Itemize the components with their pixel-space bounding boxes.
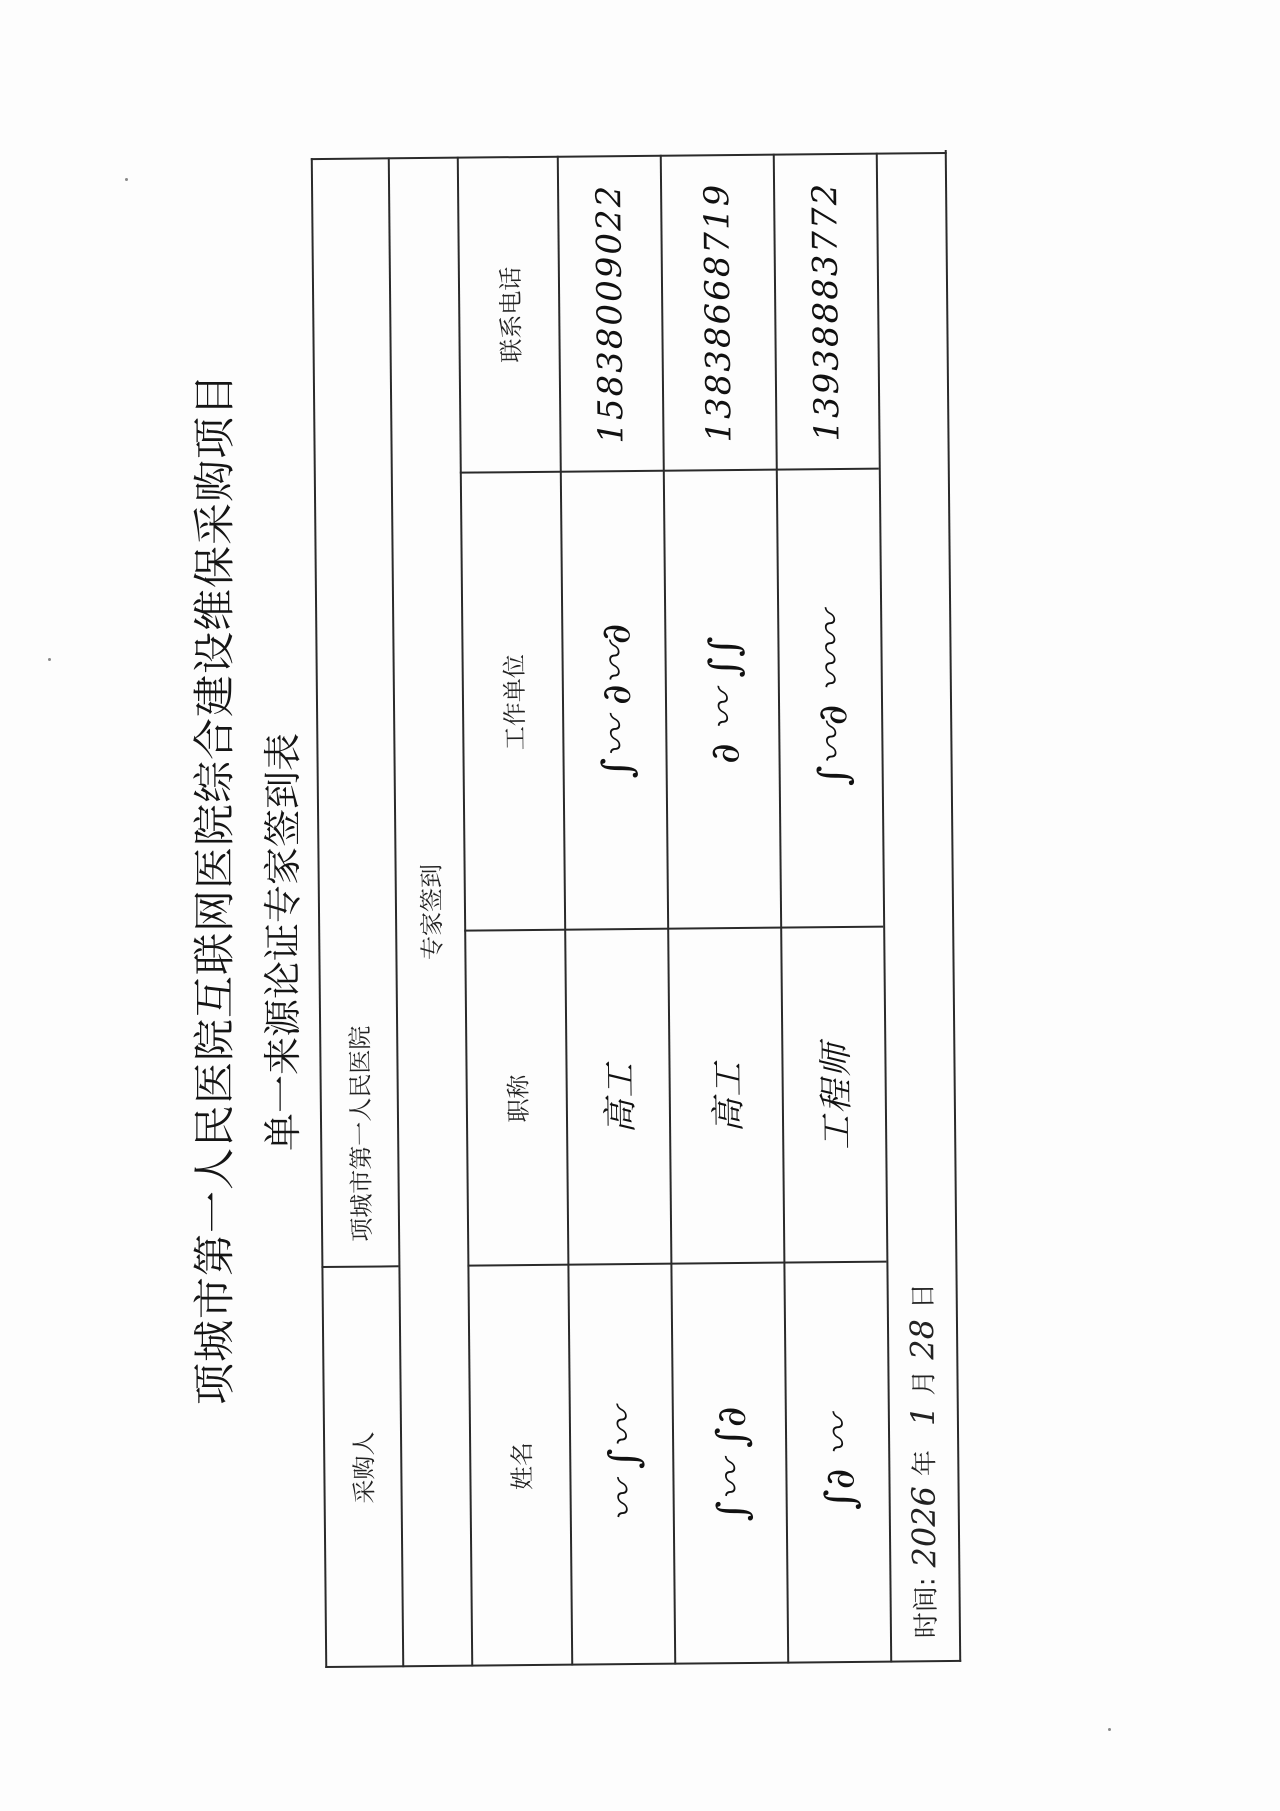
expert-organization: ∫〰∂ 〰〰 bbox=[776, 470, 883, 929]
date-label: 时间: bbox=[905, 1577, 943, 1638]
scan-speck bbox=[125, 178, 128, 181]
date-year-unit: 年 bbox=[904, 1450, 941, 1476]
date-month: 1 bbox=[903, 1406, 941, 1427]
expert-phone: 13938883772 bbox=[773, 153, 879, 471]
header-organization: 工作单位 bbox=[460, 473, 564, 932]
sign-in-table: 采购人 项城市第一人民医院 专家签到 姓名 职称 工作单位 联系电话 〰 ∫〰 … bbox=[311, 152, 961, 1668]
scan-speck bbox=[1108, 1728, 1111, 1731]
header-name: 姓名 bbox=[467, 1266, 571, 1667]
expert-phone: 13838668719 bbox=[660, 154, 776, 472]
date-day-unit: 日 bbox=[903, 1283, 940, 1309]
date-row: 时间: 2026 年 1 月 28 日 bbox=[887, 1283, 959, 1639]
purchaser-value: 项城市第一人民医院 bbox=[311, 157, 399, 1268]
date-year: 2026 bbox=[904, 1486, 943, 1568]
expert-signature: 〰 ∫〰 bbox=[567, 1265, 674, 1666]
expert-organization: ∫〰 ∂〰∂ bbox=[560, 472, 667, 931]
header-phone: 联系电话 bbox=[457, 156, 560, 474]
expert-title: 工程师 bbox=[780, 928, 886, 1264]
date-day: 28 bbox=[902, 1319, 940, 1360]
header-title: 职称 bbox=[464, 931, 567, 1267]
expert-signature: ∫∂ 〰 bbox=[783, 1263, 890, 1664]
rotated-scan-page: 项城市第一人民医院互联网医院综合建设维保采购项目 单一来源论证专家签到表 采购人… bbox=[0, 0, 1280, 1811]
document-subtitle: 单一来源论证专家签到表 bbox=[262, 724, 304, 1160]
expert-phone: 15838009022 bbox=[557, 155, 663, 473]
date-month-unit: 月 bbox=[903, 1370, 940, 1396]
document-title: 项城市第一人民医院互联网医院综合建设维保采购项目 bbox=[192, 475, 238, 1405]
scan-speck bbox=[48, 658, 51, 661]
purchaser-label: 采购人 bbox=[321, 1267, 402, 1668]
expert-title: 高工 bbox=[667, 929, 783, 1265]
expert-organization: ∂ 〰 ∫∫ bbox=[663, 471, 780, 930]
expert-signature: ∫〰 ∫∂ bbox=[670, 1264, 787, 1665]
expert-title: 高工 bbox=[564, 930, 670, 1266]
